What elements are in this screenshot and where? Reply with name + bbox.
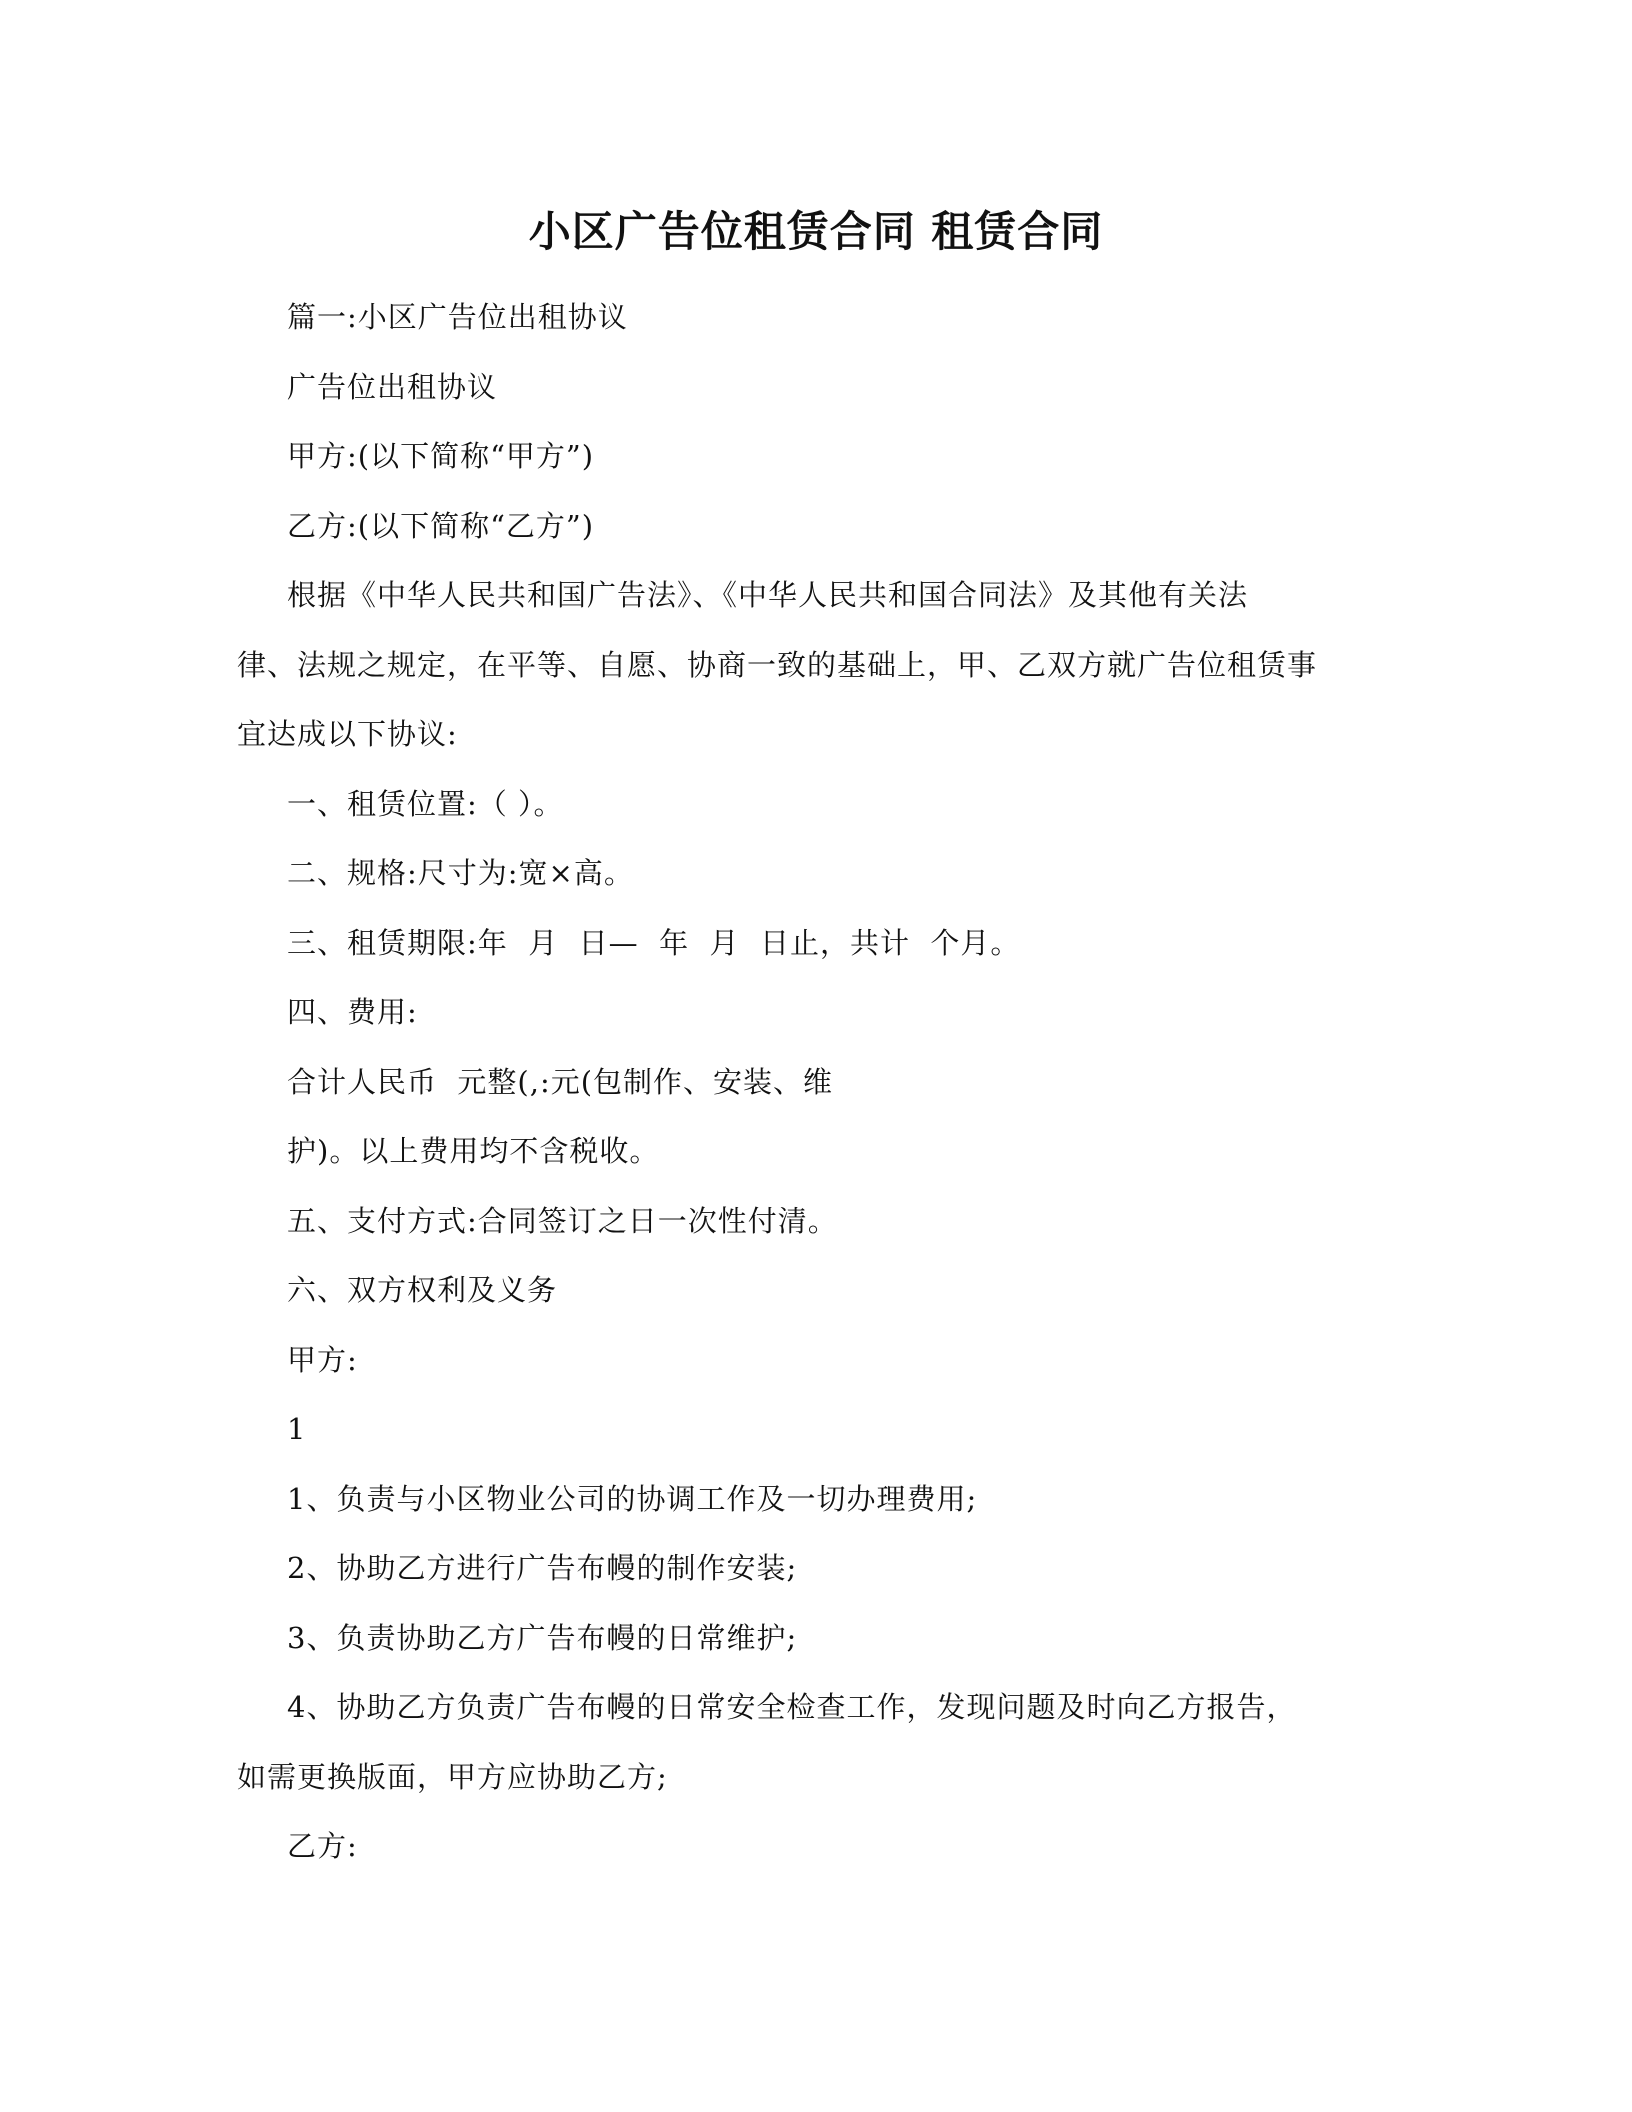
preamble-line-1: 根据《中华人民共和国广告法》、《中华人民共和国合同法》及其他有关法 <box>237 561 1377 631</box>
party-a-duty-3: 3、负责协助乙方广告布幔的日常维护; <box>237 1604 1377 1674</box>
clause-fees-line-1: 合计人民币 元整(,:元(包制作、安装、维 <box>237 1048 1377 1118</box>
party-a-duty-4-line-1: 4、协助乙方负责广告布幔的日常安全检查工作，发现问题及时向乙方报告， <box>237 1673 1377 1743</box>
document-page: 小区广告位租赁合同 租赁合同 篇一:小区广告位出租协议 广告位出租协议 甲方:(… <box>0 0 1632 2112</box>
party-a-duty-2: 2、协助乙方进行广告布幔的制作安装; <box>237 1534 1377 1604</box>
party-b-line: 乙方:(以下简称“乙方”) <box>237 492 1377 562</box>
section-heading: 篇一:小区广告位出租协议 <box>237 283 1377 353</box>
clause-rights-heading: 六、双方权利及义务 <box>237 1256 1377 1326</box>
document-body: 篇一:小区广告位出租协议 广告位出租协议 甲方:(以下简称“甲方”) 乙方:(以… <box>237 283 1377 1882</box>
party-a-line: 甲方:(以下简称“甲方”) <box>237 422 1377 492</box>
preamble-line-2: 律、法规之规定，在平等、自愿、协商一致的基础上，甲、乙双方就广告位租赁事 <box>237 631 1377 701</box>
clause-fees-heading: 四、费用: <box>237 978 1377 1048</box>
clause-fees-line-2: 护)。以上费用均不含税收。 <box>237 1117 1377 1187</box>
clause-payment: 五、支付方式:合同签订之日一次性付清。 <box>237 1187 1377 1257</box>
agreement-subtitle: 广告位出租协议 <box>237 353 1377 423</box>
page-number-marker: 1 <box>237 1395 1377 1465</box>
clause-location: 一、租赁位置:（ ）。 <box>237 770 1377 840</box>
party-a-duty-4-line-2: 如需更换版面，甲方应协助乙方; <box>237 1743 1377 1813</box>
clause-term: 三、租赁期限:年 月 日— 年 月 日止，共计 个月。 <box>237 909 1377 979</box>
document-title: 小区广告位租赁合同 租赁合同 <box>0 204 1632 260</box>
party-a-duty-1: 1、负责与小区物业公司的协调工作及一切办理费用; <box>237 1465 1377 1535</box>
preamble-line-3: 宜达成以下协议: <box>237 700 1377 770</box>
party-b-duties-heading: 乙方: <box>237 1812 1377 1882</box>
clause-specification: 二、规格:尺寸为:宽×高。 <box>237 839 1377 909</box>
party-a-duties-heading: 甲方: <box>237 1326 1377 1396</box>
